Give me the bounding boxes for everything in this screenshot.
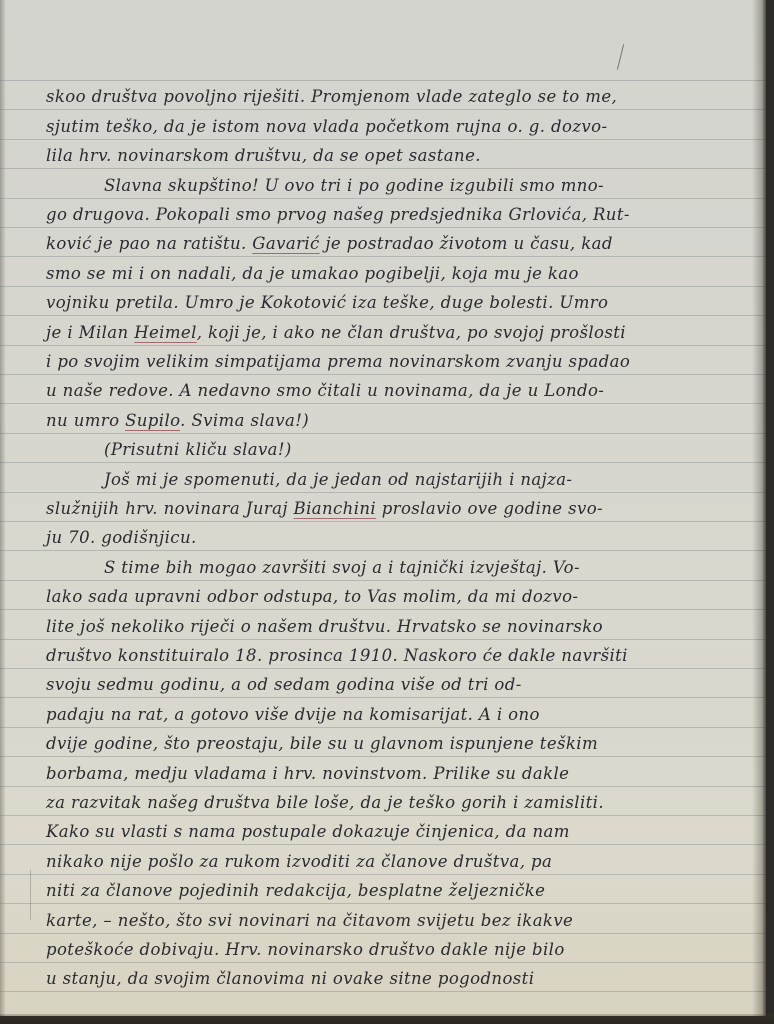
text-line: društvo konstituiralo 18. prosinca 1910.… (46, 646, 730, 666)
text-line: ković je pao na ratištu. Gavarić je post… (46, 234, 730, 254)
text-line: i po svojim velikim simpatijama prema no… (46, 352, 730, 372)
text-line: Kako su vlasti s nama postupale dokazuje… (46, 822, 730, 842)
text-line: borbama, medju vladama i hrv. novinstvom… (46, 764, 730, 784)
text-line: padaju na rat, a gotovo više dvije na ko… (46, 705, 730, 725)
text-line: nu umro Supilo. Svima slava!) (46, 411, 730, 431)
underlined-name: Supilo (125, 411, 180, 431)
text-line: Slavna skupštino! U ovo tri i po godine … (104, 176, 730, 196)
text-line: poteškoće dobivaju. Hrv. novinarsko druš… (46, 940, 730, 960)
text-line: u naše redove. A nedavno smo čitali u no… (46, 381, 730, 401)
underlined-name: Gavarić (252, 234, 319, 254)
text-fragment: je postradao životom u času, kad (320, 234, 613, 254)
text-line: S time bih mogao završiti svoj a i tajni… (104, 558, 730, 578)
text-line: je i Milan Heimel, koji je, i ako ne čla… (46, 323, 730, 343)
text-fragment: ković je pao na ratištu. (46, 234, 252, 254)
handwritten-text: skoo društva povoljno riješiti. Promjeno… (0, 0, 766, 1016)
text-fragment: je i Milan (46, 323, 134, 343)
text-line: lako sada upravni odbor odstupa, to Vas … (46, 587, 730, 607)
text-line: u stanju, da svojim članovima ni ovake s… (46, 969, 730, 989)
text-line: nikako nije pošlo za rukom izvoditi za č… (46, 852, 730, 872)
text-line: (Prisutni kliču slava!) (104, 440, 730, 460)
text-line: za razvitak našeg društva bile loše, da … (46, 793, 730, 813)
text-line: služnijih hrv. novinara Juraj Bianchini … (46, 499, 730, 519)
text-line: vojniku pretila. Umro je Kokotović iza t… (46, 293, 730, 313)
text-fragment: . Svima slava!) (180, 411, 309, 431)
text-line: Još mi je spomenuti, da je jedan od najs… (104, 470, 730, 490)
underlined-name: Heimel (134, 323, 197, 343)
text-line: svoju sedmu godinu, a od sedam godina vi… (46, 675, 730, 695)
text-fragment: nu umro (46, 411, 125, 431)
text-line: karte, – nešto, što svi novinari na čita… (46, 911, 730, 931)
text-line: ju 70. godišnjicu. (46, 528, 730, 548)
text-line: smo se mi i on nadali, da je umakao pogi… (46, 264, 730, 284)
text-fragment: služnijih hrv. novinara Juraj (46, 499, 294, 519)
page-bottom-edge (0, 1014, 774, 1024)
underlined-name: Bianchini (294, 499, 377, 519)
text-line: dvije godine, što preostaju, bile su u g… (46, 734, 730, 754)
text-line: go drugova. Pokopali smo prvog našeg pre… (46, 205, 730, 225)
text-line: lite još nekoliko riječi o našem društvu… (46, 617, 730, 637)
text-line: skoo društva povoljno riješiti. Promjeno… (46, 87, 730, 107)
text-fragment: proslavio ove godine svo- (376, 499, 603, 519)
text-line: sjutim teško, da je istom nova vlada poč… (46, 117, 730, 137)
text-line: lila hrv. novinarskom društvu, da se ope… (46, 146, 730, 166)
document-page: skoo društva povoljno riješiti. Promjeno… (0, 0, 766, 1016)
text-line: niti za članove pojedinih redakcija, bes… (46, 881, 730, 901)
text-fragment: , koji je, i ako ne član društva, po svo… (197, 323, 626, 343)
